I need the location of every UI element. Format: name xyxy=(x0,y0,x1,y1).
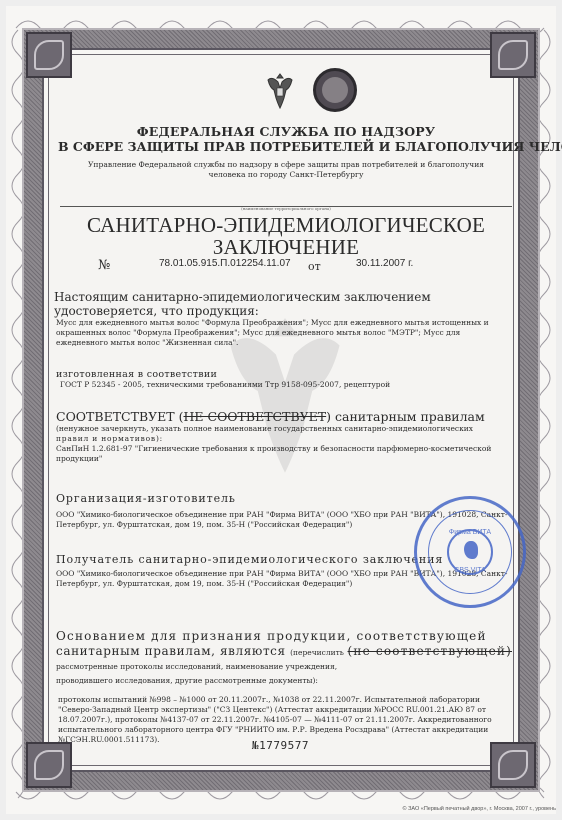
stamp-leaf-icon xyxy=(464,541,478,559)
corner-ornament-icon xyxy=(490,742,536,788)
agency-name-line1: ФЕДЕРАЛЬНАЯ СЛУЖБА ПО НАДЗОРУ xyxy=(60,124,512,139)
basis-line2-big: санитарным правилам, являются xyxy=(56,644,286,658)
compliance-note-1: (ненужное зачеркнуть, указать полное наи… xyxy=(56,424,512,434)
authority-rule: (наименование территориального органа) xyxy=(60,206,512,207)
basis-heading-text: Основанием для признания продукции, соот… xyxy=(56,629,487,643)
compliance-note-2: правил и нормативов): xyxy=(56,434,512,444)
serial-number: №1779577 xyxy=(252,739,309,752)
rule-caption: (наименование территориального органа) xyxy=(60,206,512,211)
corner-ornament-icon xyxy=(26,742,72,788)
certificate-number: 78.01.05.915.П.012254.11.07 xyxy=(159,258,291,269)
stamp-top-text: Фирма ВИТА xyxy=(417,529,523,536)
double-headed-eagle-icon xyxy=(260,70,300,114)
department-name: Управление Федеральной службы по надзору… xyxy=(60,160,512,180)
company-stamp: Фирма ВИТА CBS VITA xyxy=(414,496,526,608)
manufactured-section: изготовленная в соответствии ГОСТ Р 5234… xyxy=(56,369,512,390)
basis-section: Основанием для признания продукции, соот… xyxy=(56,629,512,745)
printer-imprint: © ЗАО «Первый печатный двор», г. Москва,… xyxy=(403,806,556,812)
protocols-list: протоколы испытаний №998 – №1000 от 20.1… xyxy=(58,695,512,745)
manufactured-standards: ГОСТ Р 52345 - 2005, техническими требов… xyxy=(60,380,512,390)
basis-struck-text: (не соответствующей) xyxy=(348,644,512,659)
compliance-section: СООТВЕТСТВУЕТ (НЕ СООТВЕТСТВУЕТ) санитар… xyxy=(56,409,512,464)
manufactured-label: изготовленная в соответствии xyxy=(56,369,512,380)
stamp-bottom-text: CBS VITA xyxy=(417,567,523,574)
number-label: № xyxy=(98,258,110,273)
corner-ornament-icon xyxy=(26,32,72,78)
products-section: Настоящим санитарно-эпидемиологическим з… xyxy=(54,290,512,348)
document-title: САНИТАРНО-ЭПИДЕМИОЛОГИЧЕСКОЕ ЗАКЛЮЧЕНИЕ xyxy=(60,214,512,258)
products-list: Мусс для ежедневного мытья волос "Формул… xyxy=(56,318,512,348)
number-row: № 78.01.05.915.П.012254.11.07 от 30.11.2… xyxy=(60,258,512,274)
complies-text: СООТВЕТСТВУЕТ xyxy=(56,409,175,424)
not-complies-struck: НЕ СООТВЕТСТВУЕТ xyxy=(184,409,327,424)
corner-ornament-icon xyxy=(490,32,536,78)
date-label: от xyxy=(308,260,321,273)
certificate-content: ФЕДЕРАЛЬНАЯ СЛУЖБА ПО НАДЗОРУ В СФЕРЕ ЗА… xyxy=(60,124,512,745)
sanitary-rules: СанПиН 1.2.681-97 "Гигиенические требова… xyxy=(56,444,512,464)
hologram-seal-icon xyxy=(313,68,357,112)
basis-heading: Основанием для признания продукции, соот… xyxy=(56,629,512,644)
agency-name-line2: В СФЕРЕ ЗАЩИТЫ ПРАВ ПОТРЕБИТЕЛЕЙ И БЛАГО… xyxy=(58,139,512,154)
issue-date: 30.11.2007 г. xyxy=(356,258,413,269)
compliance-statement: СООТВЕТСТВУЕТ (НЕ СООТВЕТСТВУЕТ) санитар… xyxy=(56,409,512,424)
products-intro: Настоящим санитарно-эпидемиологическим з… xyxy=(54,290,512,318)
compliance-suffix: санитарным правилам xyxy=(335,409,485,424)
